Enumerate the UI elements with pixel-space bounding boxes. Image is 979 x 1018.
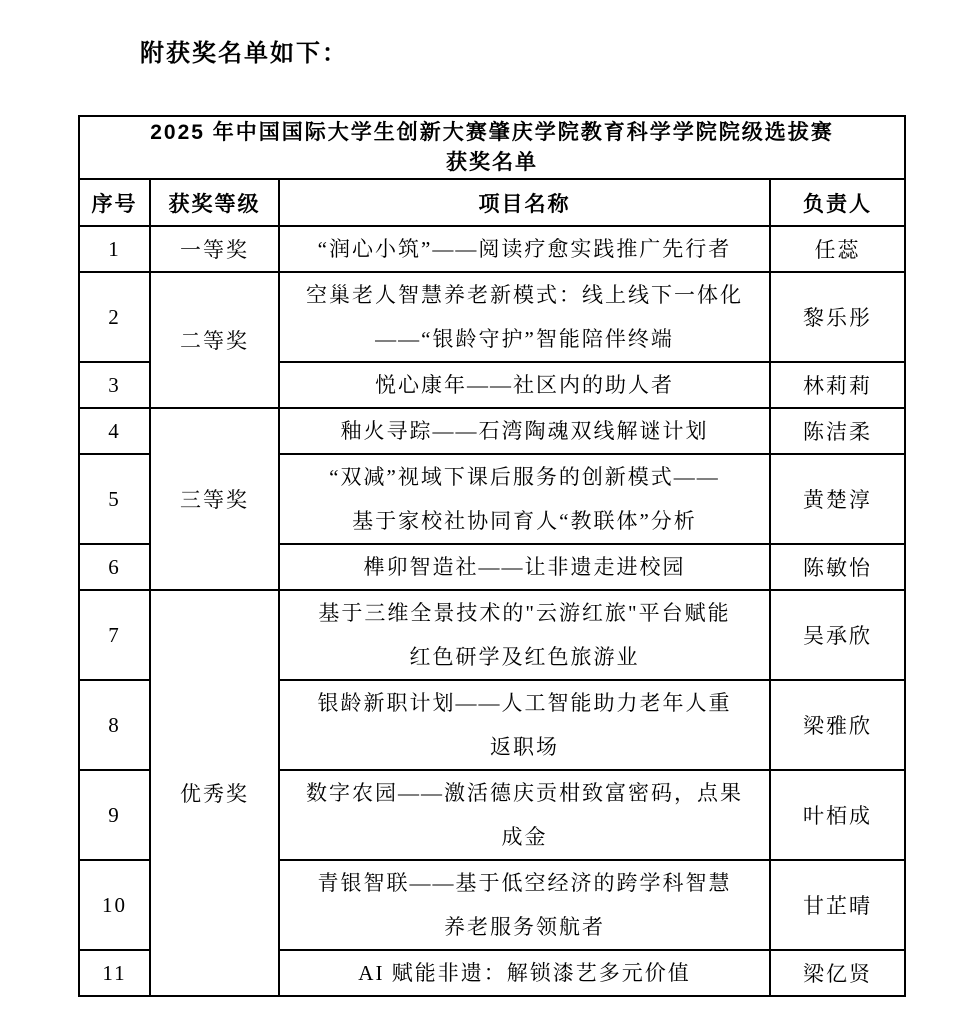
cell-no: 8 bbox=[79, 680, 150, 770]
cell-no: 11 bbox=[79, 950, 150, 996]
cell-leader: 黄楚淳 bbox=[770, 454, 905, 544]
cell-leader: 任蕊 bbox=[770, 226, 905, 272]
table-row: 1 一等奖 “润心小筑”——阅读疗愈实践推广先行者 任蕊 bbox=[79, 226, 905, 272]
cell-project: 数字农园——激活德庆贡柑致富密码，点果 成金 bbox=[279, 770, 770, 860]
cell-project: AI 赋能非遗：解锁漆艺多元价值 bbox=[279, 950, 770, 996]
cell-project: “润心小筑”——阅读疗愈实践推广先行者 bbox=[279, 226, 770, 272]
cell-leader: 黎乐彤 bbox=[770, 272, 905, 362]
cell-project: 基于三维全景技术的"云游红旅"平台赋能 红色研学及红色旅游业 bbox=[279, 590, 770, 680]
table-header-row: 序号 获奖等级 项目名称 负责人 bbox=[79, 179, 905, 226]
cell-no: 6 bbox=[79, 544, 150, 590]
cell-project: 悦心康年——社区内的助人者 bbox=[279, 362, 770, 408]
cell-leader: 梁亿贤 bbox=[770, 950, 905, 996]
cell-leader: 吴承欣 bbox=[770, 590, 905, 680]
cell-no: 9 bbox=[79, 770, 150, 860]
col-header-award: 获奖等级 bbox=[150, 179, 279, 226]
cell-leader: 叶栢成 bbox=[770, 770, 905, 860]
cell-leader: 林莉莉 bbox=[770, 362, 905, 408]
cell-project: 釉火寻踪——石湾陶魂双线解谜计划 bbox=[279, 408, 770, 454]
cell-project: 银龄新职计划——人工智能助力老年人重 返职场 bbox=[279, 680, 770, 770]
cell-award-first-prize: 一等奖 bbox=[150, 226, 279, 272]
cell-leader: 陈洁柔 bbox=[770, 408, 905, 454]
cell-award-second-prize: 二等奖 bbox=[150, 272, 279, 408]
table-title-line1: 2025 年中国国际大学生创新大赛肇庆学院教育科学学院院级选拔赛 bbox=[84, 118, 900, 148]
cell-project: 青银智联——基于低空经济的跨学科智慧 养老服务领航者 bbox=[279, 860, 770, 950]
cell-no: 2 bbox=[79, 272, 150, 362]
cell-project: “双减”视域下课后服务的创新模式—— 基于家校社协同育人“教联体”分析 bbox=[279, 454, 770, 544]
cell-leader: 甘芷晴 bbox=[770, 860, 905, 950]
col-header-project: 项目名称 bbox=[279, 179, 770, 226]
table-title-line2: 获奖名单 bbox=[84, 148, 900, 178]
cell-no: 4 bbox=[79, 408, 150, 454]
table-title: 2025 年中国国际大学生创新大赛肇庆学院教育科学学院院级选拔赛 获奖名单 bbox=[79, 116, 905, 179]
col-header-leader: 负责人 bbox=[770, 179, 905, 226]
cell-award-excellence-prize: 优秀奖 bbox=[150, 590, 279, 996]
cell-no: 7 bbox=[79, 590, 150, 680]
intro-heading: 附获奖名单如下： bbox=[140, 33, 348, 68]
table-title-row: 2025 年中国国际大学生创新大赛肇庆学院教育科学学院院级选拔赛 获奖名单 bbox=[79, 116, 905, 179]
cell-no: 3 bbox=[79, 362, 150, 408]
table-row: 4 三等奖 釉火寻踪——石湾陶魂双线解谜计划 陈洁柔 bbox=[79, 408, 905, 454]
cell-leader: 梁雅欣 bbox=[770, 680, 905, 770]
cell-no: 1 bbox=[79, 226, 150, 272]
cell-no: 5 bbox=[79, 454, 150, 544]
cell-project: 榫卯智造社——让非遗走进校园 bbox=[279, 544, 770, 590]
cell-leader: 陈敏怡 bbox=[770, 544, 905, 590]
cell-award-third-prize: 三等奖 bbox=[150, 408, 279, 590]
document-page: 附获奖名单如下： 2025 年中国国际大学生创新大赛肇庆学院教育科学学院院级选拔… bbox=[0, 0, 979, 1018]
table-row: 2 二等奖 空巢老人智慧养老新模式：线上线下一体化 ——“银龄守护”智能陪伴终端… bbox=[79, 272, 905, 362]
table-row: 7 优秀奖 基于三维全景技术的"云游红旅"平台赋能 红色研学及红色旅游业 吴承欣 bbox=[79, 590, 905, 680]
award-table: 2025 年中国国际大学生创新大赛肇庆学院教育科学学院院级选拔赛 获奖名单 序号… bbox=[78, 115, 906, 997]
col-header-no: 序号 bbox=[79, 179, 150, 226]
cell-project: 空巢老人智慧养老新模式：线上线下一体化 ——“银龄守护”智能陪伴终端 bbox=[279, 272, 770, 362]
cell-no: 10 bbox=[79, 860, 150, 950]
